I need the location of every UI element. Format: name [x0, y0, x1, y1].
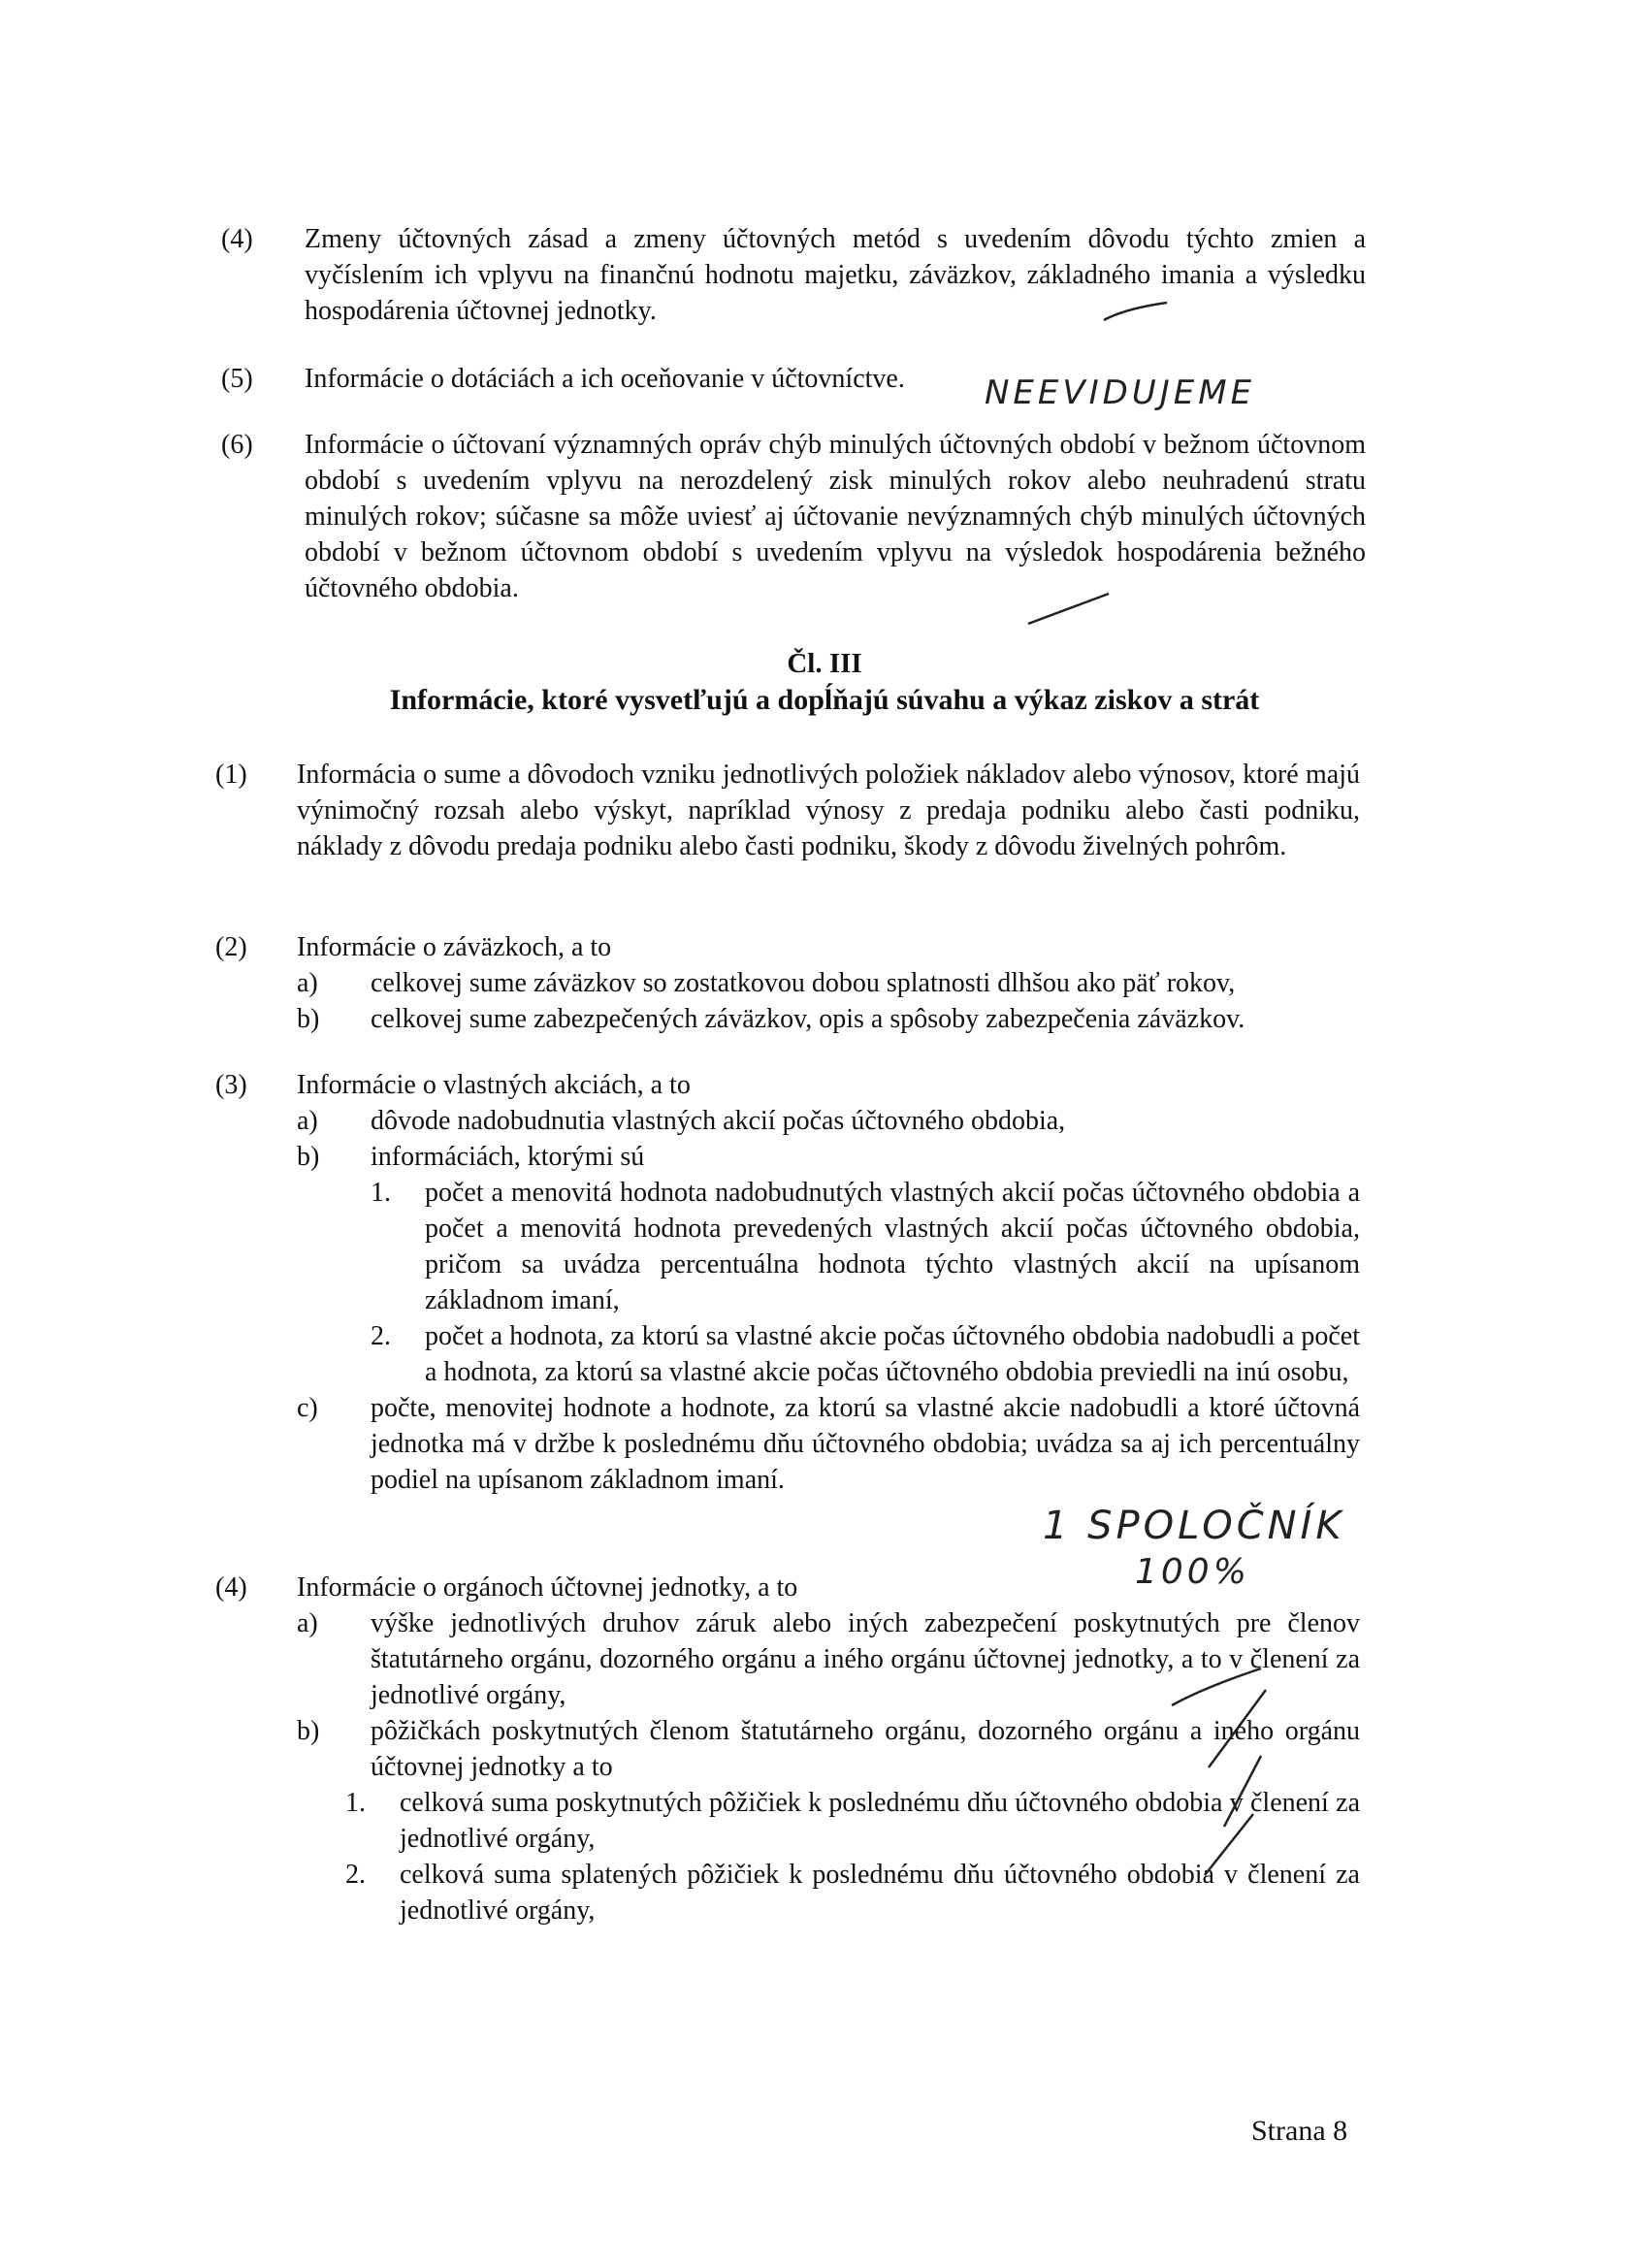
list-label: a) — [297, 1605, 318, 1641]
sublist-item: 2. celková suma splatených pôžičiek k po… — [345, 1857, 1360, 1928]
list-item: a) dôvode nadobudnutia vlastných akcií p… — [297, 1103, 1360, 1139]
sublist-item: 2. počet a hodnota, za ktorú sa vlastné … — [371, 1318, 1360, 1390]
sublist-label: 1. — [345, 1785, 366, 1821]
list-item: a) výške jednotlivých druhov záruk alebo… — [297, 1605, 1360, 1713]
paragraph-2: (2) Informácie o záväzkoch, a to a) celk… — [215, 929, 1360, 1037]
paragraph-text: Informácia o sume a dôvodoch vzniku jedn… — [297, 757, 1360, 864]
handwritten-note-neevidujeme: NEEVIDUJEME — [985, 373, 1255, 412]
list-item: b) celkovej sume zabezpečených záväzkov,… — [297, 1001, 1360, 1037]
paragraph-text: Informácie o vlastných akciách, a to — [297, 1067, 1360, 1103]
paragraph-number: (6) — [221, 427, 289, 463]
paragraph-number: (1) — [215, 757, 283, 793]
article-number: Čl. III — [0, 645, 1649, 682]
sublist-item: 1. celková suma poskytnutých pôžičiek k … — [345, 1785, 1360, 1857]
sublist-text: celková suma poskytnutých pôžičiek k pos… — [400, 1785, 1360, 1857]
sublist-label: 2. — [345, 1857, 366, 1893]
paragraph-number: (2) — [215, 929, 283, 965]
list-label: b) — [297, 1713, 319, 1749]
list-label: a) — [297, 965, 318, 1001]
list-text: celkovej sume zabezpečených záväzkov, op… — [371, 1001, 1360, 1037]
sublist-label: 2. — [371, 1318, 391, 1354]
page-number: Strana 8 — [1251, 2115, 1347, 2148]
list-text: pôžičkách poskytnutých členom štatutárne… — [371, 1713, 1360, 1785]
list-item: a) celkovej sume záväzkov so zostatkovou… — [297, 965, 1360, 1001]
paragraph-4: (4) Informácie o orgánoch účtovnej jedno… — [215, 1570, 1360, 1928]
paragraph-text: Zmeny účtovných zásad a zmeny účtovných … — [305, 221, 1366, 329]
paragraph-1: (1) Informácia o sume a dôvodoch vzniku … — [215, 757, 1360, 864]
list-text: celkovej sume záväzkov so zostatkovou do… — [371, 965, 1360, 1001]
list-label: b) — [297, 1001, 319, 1037]
list-item: b) informáciách, ktorými sú 1. počet a m… — [297, 1139, 1360, 1390]
sublist-text: počet a menovitá hodnota nadobudnutých v… — [425, 1175, 1360, 1318]
paragraph-number: (4) — [215, 1570, 283, 1605]
list-text: informáciách, ktorými sú — [371, 1139, 1360, 1175]
paragraph-prev-6: (6) Informácie o účtovaní významných opr… — [221, 427, 1366, 606]
list-text: dôvode nadobudnutia vlastných akcií poča… — [371, 1103, 1360, 1139]
paragraph-number: (4) — [221, 221, 289, 257]
paragraph-prev-4: (4) Zmeny účtovných zásad a zmeny účtovn… — [221, 221, 1366, 329]
document-page: (4) Zmeny účtovných zásad a zmeny účtovn… — [0, 0, 1649, 2268]
list-text: počte, menovitej hodnote a hodnote, za k… — [371, 1390, 1360, 1498]
paragraph-3: (3) Informácie o vlastných akciách, a to… — [215, 1067, 1360, 1498]
paragraph-number: (5) — [221, 361, 289, 397]
paragraph-number: (3) — [215, 1067, 283, 1103]
paragraph-text: Informácie o účtovaní významných opráv c… — [305, 427, 1366, 606]
handwritten-note-spolocnik: 1 SPOLOČNÍK — [1043, 1504, 1345, 1548]
list-item: b) pôžičkách poskytnutých členom štatutá… — [297, 1713, 1360, 1928]
list-label: a) — [297, 1103, 318, 1139]
sublist-text: počet a hodnota, za ktorú sa vlastné akc… — [425, 1318, 1360, 1390]
sublist-label: 1. — [371, 1175, 391, 1211]
list-label: c) — [297, 1390, 318, 1426]
list-text: výške jednotlivých druhov záruk alebo in… — [371, 1605, 1360, 1713]
article-title: Informácie, ktoré vysvetľujú a dopĺňajú … — [0, 682, 1649, 719]
sublist-item: 1. počet a menovitá hodnota nadobudnutýc… — [371, 1175, 1360, 1318]
list-item: c) počte, menovitej hodnote a hodnote, z… — [297, 1390, 1360, 1498]
list-label: b) — [297, 1139, 319, 1175]
paragraph-text: Informácie o záväzkoch, a to — [297, 929, 1360, 965]
sublist-text: celková suma splatených pôžičiek k posle… — [400, 1857, 1360, 1928]
handwritten-note-percent: 100% — [1135, 1552, 1250, 1592]
